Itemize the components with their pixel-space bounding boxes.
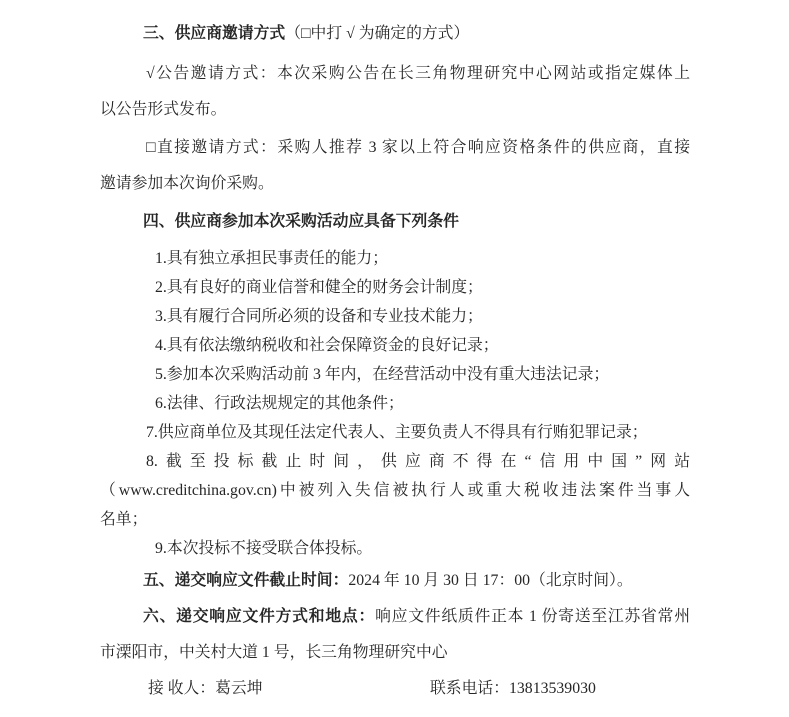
section-6-line-2: 市溧阳市，中关村大道 1 号，长三角物理研究中心 <box>100 635 690 671</box>
document-page: 三、供应商邀请方式（□中打 √ 为确定的方式） √公告邀请方式：本次采购公告在长… <box>0 0 789 717</box>
qualification-item-3: 3.具有履行合同所必须的设备和专业技术能力； <box>100 302 690 331</box>
delivery-address-text: 响应文件纸质件正本 1 份寄送至江苏省常州 <box>375 608 690 625</box>
qualification-item-1: 1.具有独立承担民事责任的能力； <box>100 244 690 273</box>
check-mark-icon: √ <box>146 65 155 82</box>
direct-invitation-line-1: □直接邀请方式：采购人推荐 3 家以上符合响应资格条件的供应商，直接 <box>100 130 690 166</box>
phone-label: 联系电话： <box>430 680 509 697</box>
qualification-item-8-line-1: 8.截至投标截止时间，供应商不得在“信用中国”网站 <box>100 447 690 476</box>
deadline-text: 2024 年 10 月 30 日 17：00（北京时间）。 <box>348 572 632 589</box>
direct-invitation-line-2: 邀请参加本次询价采购。 <box>100 166 690 202</box>
receiver-name: 葛云坤 <box>215 680 262 697</box>
qualification-item-2: 2.具有良好的商业信誉和健全的财务会计制度； <box>100 273 690 302</box>
qualification-item-6: 6.法律、行政法规规定的其他条件； <box>100 389 690 418</box>
checkbox-empty-icon: □ <box>146 139 157 156</box>
qualification-item-7: 7.供应商单位及其现任法定代表人、主要负责人不得具有行贿犯罪记录； <box>100 418 690 447</box>
receiver-label: 接 收人： <box>148 680 215 697</box>
announcement-invitation-paragraph: √公告邀请方式：本次采购公告在长三角物理研究中心网站或指定媒体上 以公告形式发布… <box>100 56 690 128</box>
qualification-item-8-line-3: 名单； <box>100 505 690 534</box>
phone-cell: 联系电话：13813539030 <box>430 671 596 707</box>
qualification-item-4: 4.具有依法缴纳税收和社会保障资金的良好记录； <box>100 331 690 360</box>
section-3-heading-note: （□中打 √ 为确定的方式） <box>285 25 469 42</box>
phone-number: 13813539030 <box>509 680 596 697</box>
qualification-item-8-line-2: （www.creditchina.gov.cn)中被列入失信被执行人或重大税收违… <box>100 476 690 505</box>
section-5-heading: 五、递交响应文件截止时间：2024 年 10 月 30 日 17：00（北京时间… <box>100 563 690 599</box>
section-5-heading-title: 五、递交响应文件截止时间： <box>143 572 348 589</box>
direct-invitation-paragraph: □直接邀请方式：采购人推荐 3 家以上符合响应资格条件的供应商，直接 邀请参加本… <box>100 130 690 202</box>
announcement-invitation-line-1: √公告邀请方式：本次采购公告在长三角物理研究中心网站或指定媒体上 <box>100 56 690 92</box>
qualification-item-5: 5.参加本次采购活动前 3 年内，在经营活动中没有重大违法记录； <box>100 360 690 389</box>
section-3-heading-title: 三、供应商邀请方式 <box>143 25 285 42</box>
section-6-line-1: 六、递交响应文件方式和地点：响应文件纸质件正本 1 份寄送至江苏省常州 <box>100 599 690 635</box>
direct-invitation-text: 直接邀请方式：采购人推荐 3 家以上符合响应资格条件的供应商，直接 <box>157 139 690 156</box>
qualification-list: 1.具有独立承担民事责任的能力； 2.具有良好的商业信誉和健全的财务会计制度； … <box>100 244 690 563</box>
section-6-heading-title: 六、递交响应文件方式和地点： <box>143 608 375 625</box>
section-6-paragraph: 六、递交响应文件方式和地点：响应文件纸质件正本 1 份寄送至江苏省常州 市溧阳市… <box>100 599 690 671</box>
section-4-heading: 四、供应商参加本次采购活动应具备下列条件 <box>100 204 690 240</box>
receiver-cell: 接 收人：葛云坤 <box>148 671 430 707</box>
qualification-item-9: 9.本次投标不接受联合体投标。 <box>100 534 690 563</box>
section-3-heading: 三、供应商邀请方式（□中打 √ 为确定的方式） <box>100 16 690 52</box>
announcement-invitation-line-2: 以公告形式发布。 <box>100 92 690 128</box>
announcement-invitation-text: 公告邀请方式：本次采购公告在长三角物理研究中心网站或指定媒体上 <box>155 65 690 82</box>
contact-row: 接 收人：葛云坤 联系电话：13813539030 <box>100 671 690 707</box>
